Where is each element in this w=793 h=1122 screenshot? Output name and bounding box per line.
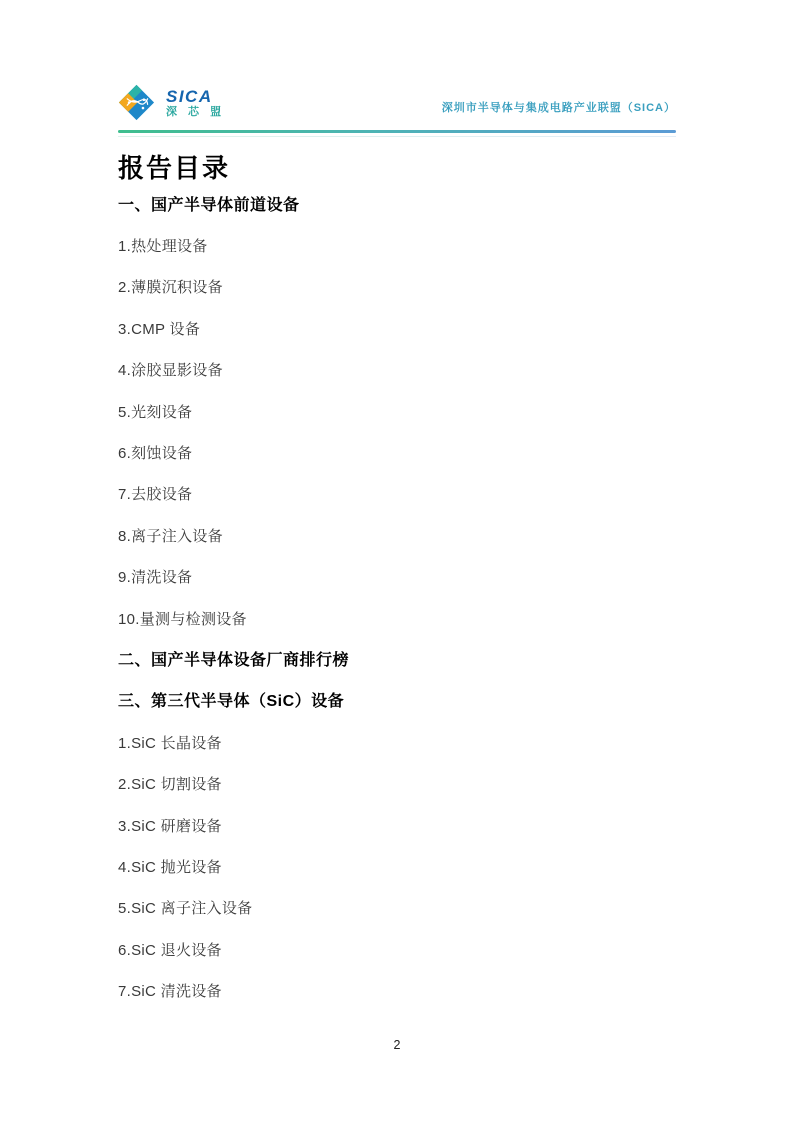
toc-item: 2.薄膜沉积设备 bbox=[118, 267, 676, 308]
toc-item: 2.SiC 切割设备 bbox=[118, 764, 676, 805]
page-number: 2 bbox=[118, 1037, 676, 1053]
toc-item: 1.热处理设备 bbox=[118, 226, 676, 267]
toc-item: 9.清洗设备 bbox=[118, 557, 676, 598]
toc-item: 6.SiC 退火设备 bbox=[118, 930, 676, 971]
page-footer: 2 bbox=[118, 1037, 676, 1053]
toc-section-heading: 二、国产半导体设备厂商排行榜 bbox=[118, 640, 676, 681]
toc-item: 8.离子注入设备 bbox=[118, 516, 676, 557]
toc-section-heading: 一、国产半导体前道设备 bbox=[118, 185, 676, 226]
page-body: 报告目录 一、国产半导体前道设备1.热处理设备2.薄膜沉积设备3.CMP 设备4… bbox=[118, 153, 676, 1013]
toc-item: 7.去胶设备 bbox=[118, 474, 676, 515]
document-page: SICA 深 芯 盟 深圳市半导体与集成电路产业联盟（SICA） 报告目录 一、… bbox=[0, 0, 793, 1122]
header-divider-shadow bbox=[118, 136, 676, 137]
toc-item: 3.CMP 设备 bbox=[118, 309, 676, 350]
toc-section-heading: 三、第三代半导体（SiC）设备 bbox=[118, 681, 676, 722]
page-title: 报告目录 bbox=[118, 153, 676, 183]
toc-item: 4.涂胶显影设备 bbox=[118, 350, 676, 391]
header-divider bbox=[118, 130, 676, 133]
toc-item: 7.SiC 清洗设备 bbox=[118, 971, 676, 1012]
toc-item: 6.刻蚀设备 bbox=[118, 433, 676, 474]
page-header: SICA 深 芯 盟 深圳市半导体与集成电路产业联盟（SICA） bbox=[118, 0, 676, 121]
org-name: 深圳市半导体与集成电路产业联盟（SICA） bbox=[442, 99, 676, 115]
toc-list: 一、国产半导体前道设备1.热处理设备2.薄膜沉积设备3.CMP 设备4.涂胶显影… bbox=[118, 185, 676, 1013]
toc-item: 10.量测与检测设备 bbox=[118, 599, 676, 640]
logo-chinese-name: 深 芯 盟 bbox=[166, 107, 225, 118]
sica-logo: SICA 深 芯 盟 bbox=[118, 84, 225, 121]
toc-item: 5.光刻设备 bbox=[118, 392, 676, 433]
circuit-diamond-icon bbox=[118, 84, 155, 121]
toc-item: 1.SiC 长晶设备 bbox=[118, 723, 676, 764]
toc-item: 5.SiC 离子注入设备 bbox=[118, 888, 676, 929]
logo-wordmark: SICA 深 芯 盟 bbox=[166, 88, 225, 118]
logo-acronym: SICA bbox=[166, 88, 225, 105]
toc-item: 3.SiC 研磨设备 bbox=[118, 806, 676, 847]
toc-item: 4.SiC 抛光设备 bbox=[118, 847, 676, 888]
